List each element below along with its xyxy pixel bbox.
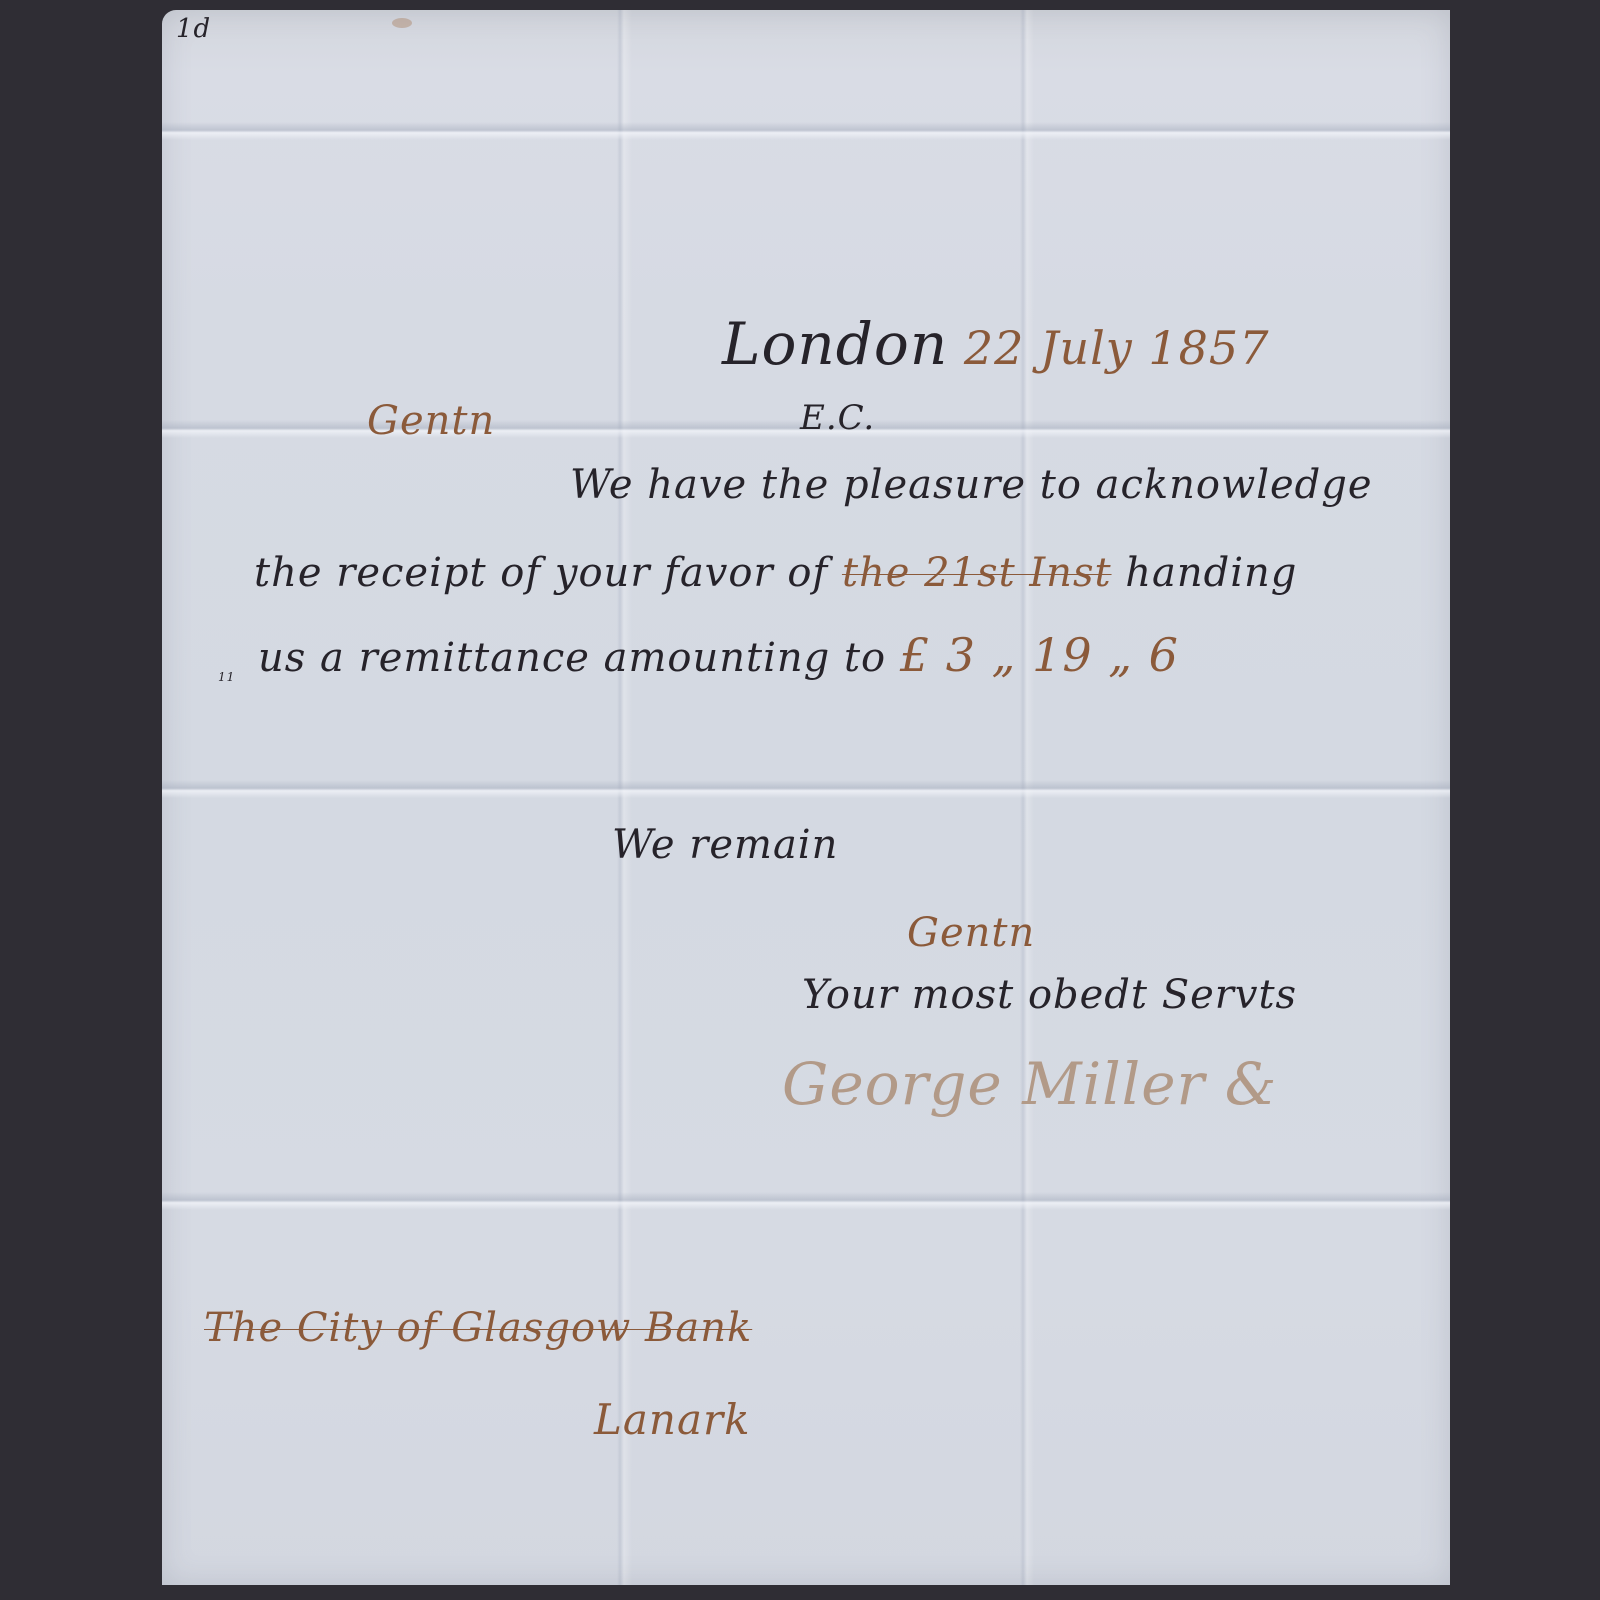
addressee-line-2: Lanark — [594, 1395, 751, 1444]
closing-line-1: We remain — [612, 822, 838, 868]
closing-line-3: Your most obedt Servts — [802, 972, 1297, 1018]
margin-mark: 11 — [218, 670, 235, 684]
dateline-district: E.C. — [800, 398, 875, 438]
fold-crease — [162, 122, 1450, 140]
signature: George Miller & — [782, 1050, 1277, 1118]
salutation: Gentn — [367, 398, 495, 444]
body-line-3: us a remittance amounting to £ 3 „ 19 „ … — [258, 628, 1179, 682]
body-line-2-suffix: handing — [1125, 550, 1297, 596]
ink-stain — [392, 18, 412, 28]
dateline-place: London — [722, 310, 948, 378]
addressee-name: The City of Glasgow Bank — [204, 1305, 752, 1351]
dateline: London 22 July 1857 — [722, 310, 1269, 378]
corner-note: 1d — [176, 14, 211, 44]
body-line-1: We have the pleasure to acknowledge — [570, 462, 1373, 508]
dateline-month: July — [1040, 321, 1133, 375]
fold-crease — [162, 780, 1450, 798]
body-line-3-prefix: us a remittance amounting to — [258, 635, 886, 681]
dateline-day: 22 — [964, 321, 1025, 375]
dateline-year: 1857 — [1148, 321, 1269, 375]
addressee-line-1: The City of Glasgow Bank — [204, 1305, 752, 1351]
closing-line-2: Gentn — [907, 910, 1035, 956]
date-reference: the 21st Inst — [842, 550, 1112, 596]
body-line-2: the receipt of your favor of the 21st In… — [254, 550, 1297, 596]
fold-crease — [162, 1192, 1450, 1210]
body-line-2-prefix: the receipt of your favor of — [254, 550, 828, 596]
remittance-amount: £ 3 „ 19 „ 6 — [900, 628, 1179, 682]
letter-sheet: 1d 11 London 22 July 1857 E.C. Gentn We … — [162, 10, 1450, 1585]
